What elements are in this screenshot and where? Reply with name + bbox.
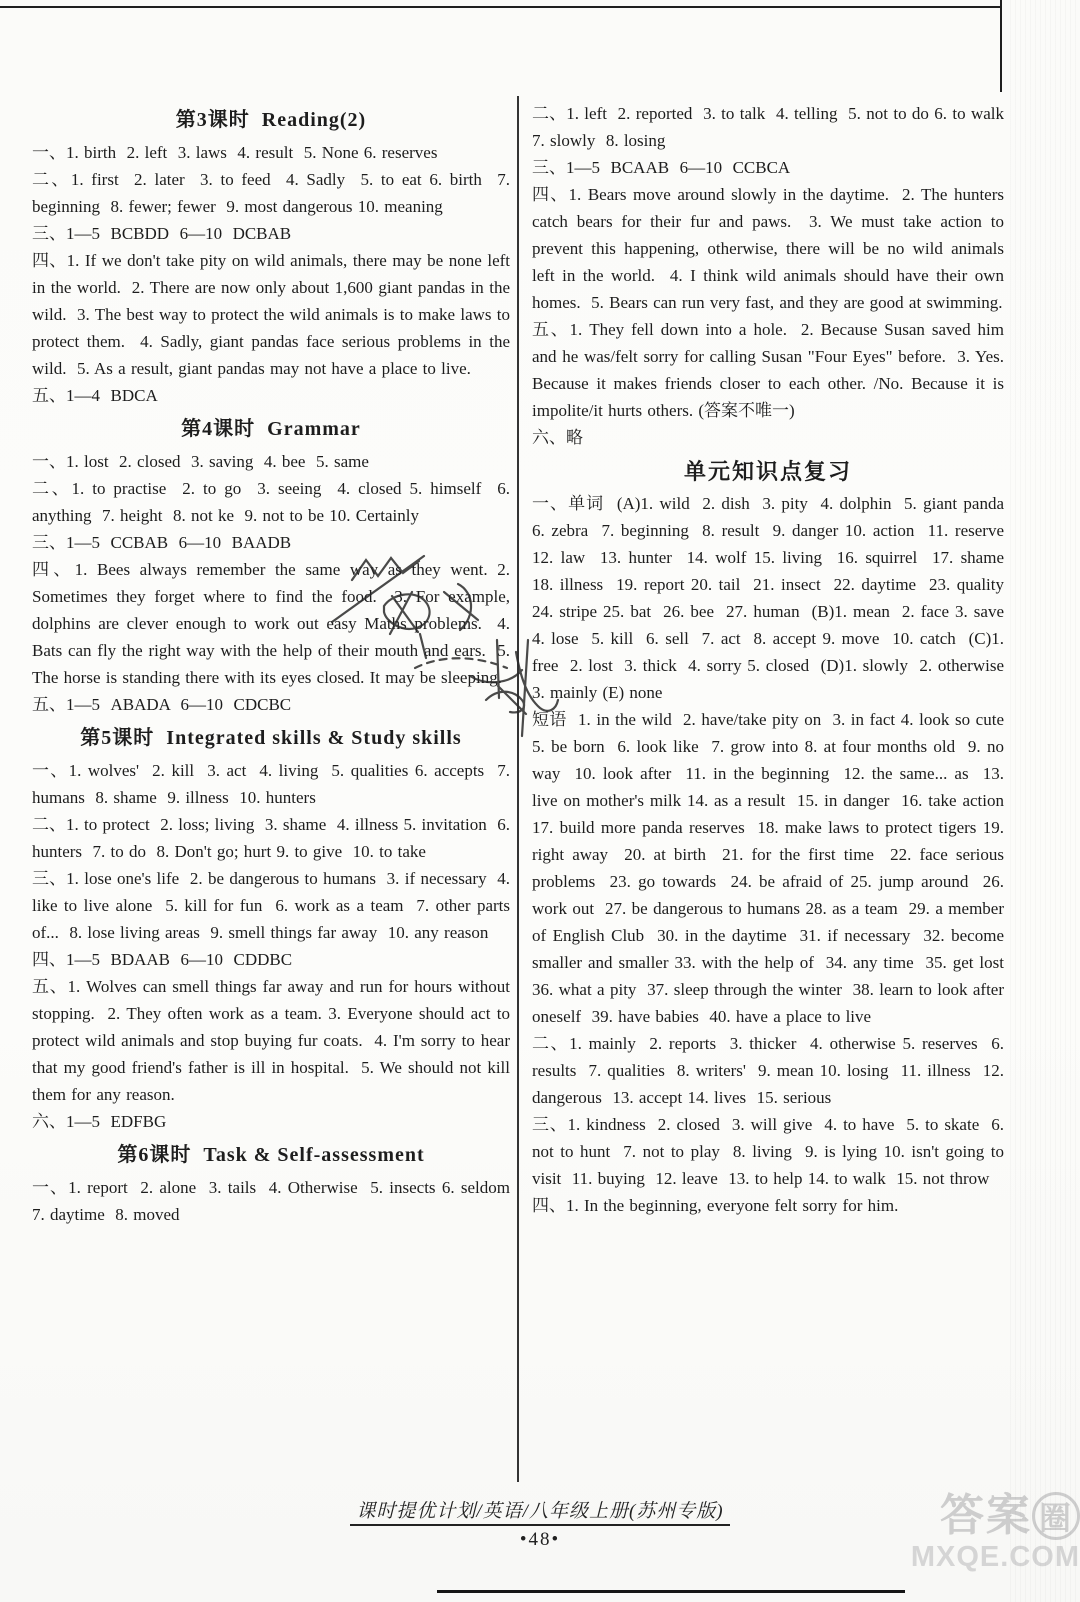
watermark-brand: 答案圈: [830, 1492, 1080, 1540]
right-column: 二、1. left 2. reported 3. to talk 4. tell…: [532, 100, 1004, 1219]
watermark: 答案圈 MXQE.COM: [830, 1492, 1080, 1574]
answer-line: 一、1. report 2. alone 3. tails 4. Otherwi…: [32, 1174, 510, 1228]
answer-line: 五、1—5 ABADA 6—10 CDCBC: [32, 691, 510, 718]
scanned-answer-page: 第3课时 Reading(2) 一、1. birth 2. left 3. la…: [0, 0, 1080, 1602]
watermark-brand-circle: 圈: [1032, 1492, 1080, 1540]
answer-line: 四、1. In the beginning, everyone felt sor…: [532, 1192, 1004, 1219]
answer-line: 二、1. left 2. reported 3. to talk 4. tell…: [532, 100, 1004, 154]
answer-line: 二、1. to protect 2. loss; living 3. shame…: [32, 811, 510, 865]
answer-line: 四、1. Bears move around slowly in the day…: [532, 181, 1004, 316]
scan-corner-line: [1000, 0, 1002, 92]
answer-line: 三、1—5 CCBAB 6—10 BAADB: [32, 529, 510, 556]
answer-line: 二、1. to practise 2. to go 3. seeing 4. c…: [32, 475, 510, 529]
section-title-lesson3: 第3课时 Reading(2): [32, 107, 510, 134]
answer-line: 三、1. kindness 2. closed 3. will give 4. …: [532, 1111, 1004, 1192]
answer-line: 四、1. If we don't take pity on wild anima…: [32, 247, 510, 382]
answer-line: 一、1. birth 2. left 3. laws 4. result 5. …: [32, 139, 510, 166]
section-title-lesson4: 第4课时 Grammar: [32, 416, 510, 443]
answer-line: 二、1. mainly 2. reports 3. thicker 4. oth…: [532, 1030, 1004, 1111]
watermark-brand-text: 答案: [940, 1491, 1032, 1540]
scan-top-line: [0, 6, 1002, 8]
section-title-lesson6: 第6课时 Task & Self-assessment: [32, 1142, 510, 1169]
page-footer: 课时提优计划/英语/八年级上册(苏州专版) •48•: [280, 1496, 800, 1551]
answer-line: 一、1. lost 2. closed 3. saving 4. bee 5. …: [32, 448, 510, 475]
section-title-unit-review: 单元知识点复习: [532, 458, 1004, 485]
answer-line: 一、单词 (A)1. wild 2. dish 3. pity 4. dolph…: [532, 490, 1004, 706]
footer-page-number: •48•: [280, 1529, 800, 1551]
answer-line: 五、1. They fell down into a hole. 2. Beca…: [532, 316, 1004, 424]
column-divider-line: [517, 96, 519, 1482]
answer-line: 五、1—4 BDCA: [32, 382, 510, 409]
answer-line: 六、略: [532, 424, 1004, 451]
answer-line: 短语 1. in the wild 2. have/take pity on 3…: [532, 706, 1004, 1030]
answer-line: 四、1. Bees always remember the same way a…: [32, 556, 510, 691]
watermark-site: MXQE.COM: [830, 1540, 1080, 1574]
answer-line: 二、1. first 2. later 3. to feed 4. Sadly …: [32, 166, 510, 220]
answer-line: 三、1—5 BCBDD 6—10 DCBAB: [32, 220, 510, 247]
answer-line: 四、1—5 BDAAB 6—10 CDDBC: [32, 946, 510, 973]
answer-line: 五、1. Wolves can smell things far away an…: [32, 973, 510, 1108]
footer-book-title: 课时提优计划/英语/八年级上册(苏州专版): [350, 1496, 729, 1526]
scan-bottom-line: [437, 1590, 905, 1593]
answer-line: 六、1—5 EDFBG: [32, 1108, 510, 1135]
answer-line: 三、1—5 BCAAB 6—10 CCBCA: [532, 154, 1004, 181]
answer-line: 一、1. wolves' 2. kill 3. act 4. living 5.…: [32, 757, 510, 811]
answer-line: 三、1. lose one's life 2. be dangerous to …: [32, 865, 510, 946]
section-title-lesson5: 第5课时 Integrated skills & Study skills: [32, 725, 510, 752]
left-column: 第3课时 Reading(2) 一、1. birth 2. left 3. la…: [32, 100, 510, 1228]
